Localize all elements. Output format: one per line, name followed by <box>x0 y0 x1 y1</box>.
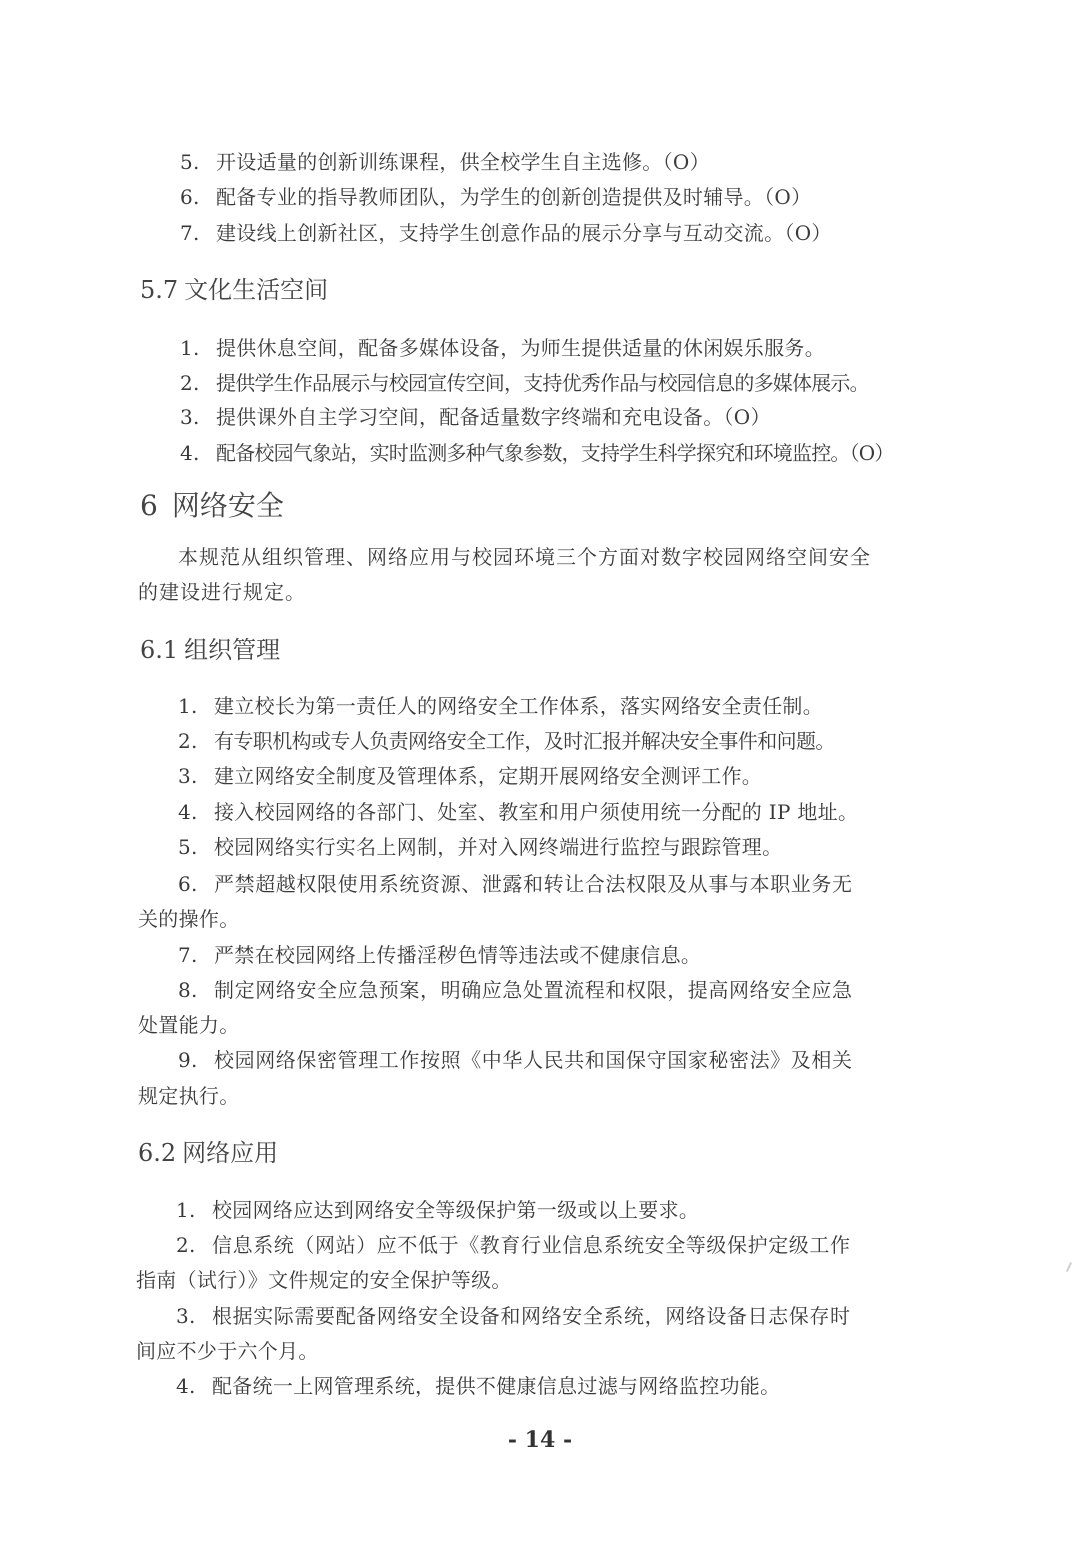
intro-text: 的建设进行规定。 <box>138 580 306 604</box>
item-number: 3. <box>178 764 214 788</box>
list-item-cont: 间应不少于六个月。 <box>136 1339 319 1363</box>
list-item: 5.校园网络实行实名上网制，并对入网终端进行监控与跟踪管理。 <box>178 835 782 859</box>
item-number: 8. <box>178 978 214 1002</box>
item-text: 接入校园网络的各部门、处室、教室和用户须使用统一分配的 IP 地址。 <box>214 800 858 824</box>
section-heading-6-2: 6.2网络应用 <box>138 1139 278 1167</box>
item-text: 提供休息空间，配备多媒体设备，为师生提供适量的休闲娱乐服务。 <box>216 336 825 360</box>
list-item: 2.提供学生作品展示与校园宣传空间，支持优秀作品与校园信息的多媒体展示。 <box>180 371 869 395</box>
item-number: 7. <box>178 943 214 967</box>
item-number: 7. <box>180 221 216 245</box>
list-item: 1.提供休息空间，配备多媒体设备，为师生提供适量的休闲娱乐服务。 <box>180 336 825 360</box>
item-number: 1. <box>176 1198 212 1222</box>
item-number: 2. <box>178 729 214 753</box>
scan-artifact <box>1066 1262 1072 1272</box>
item-text: 信息系统（网站）应不低于《教育行业信息系统安全等级保护定级工作 <box>212 1233 851 1257</box>
list-item: 1.建立校长为第一责任人的网络安全工作体系，落实网络安全责任制。 <box>178 694 823 718</box>
item-text: 建设线上创新社区，支持学生创意作品的展示分享与互动交流。（O） <box>216 221 832 245</box>
item-text-cont: 指南（试行）》文件规定的安全保护等级。 <box>136 1268 512 1292</box>
section-title: 网络安全 <box>172 489 284 522</box>
list-item: 2.信息系统（网站）应不低于《教育行业信息系统安全等级保护定级工作 <box>176 1233 851 1257</box>
list-item: 3.建立网络安全制度及管理体系，定期开展网络安全测评工作。 <box>178 764 762 788</box>
item-text: 建立网络安全制度及管理体系，定期开展网络安全测评工作。 <box>214 764 762 788</box>
list-item-cont: 规定执行。 <box>138 1084 240 1108</box>
list-item: 2.有专职机构或专人负责网络安全工作，及时汇报并解决安全事件和问题。 <box>178 729 835 753</box>
item-text: 配备专业的指导教师团队，为学生的创新创造提供及时辅导。（O） <box>216 185 811 209</box>
item-number: 2. <box>176 1233 212 1257</box>
document-page: 5.开设适量的创新训练课程，供全校学生自主选修。（O） 6.配备专业的指导教师团… <box>0 0 1080 1541</box>
item-number: 4. <box>178 800 214 824</box>
list-item: 7.严禁在校园网络上传播淫秽色情等违法或不健康信息。 <box>178 943 701 967</box>
item-text: 制定网络安全应急预案，明确应急处置流程和权限，提高网络安全应急 <box>214 978 853 1002</box>
item-text-cont: 关的操作。 <box>138 907 240 931</box>
item-text: 配备校园气象站，实时监测多种气象参数，支持学生科学探究和环境监控。（O） <box>216 441 894 465</box>
section-intro-cont: 的建设进行规定。 <box>138 580 306 604</box>
item-text: 严禁在校园网络上传播淫秽色情等违法或不健康信息。 <box>214 943 701 967</box>
item-text-cont: 间应不少于六个月。 <box>136 1339 319 1363</box>
section-heading-6: 6网络安全 <box>140 490 284 522</box>
list-item: 6.严禁超越权限使用系统资源、泄露和转让合法权限及从事与本职业务无 <box>178 872 853 896</box>
list-item: 3.提供课外自主学习空间，配备适量数字终端和充电设备。（O） <box>180 405 771 429</box>
item-number: 2. <box>180 371 216 395</box>
list-item: 1.校园网络应达到网络安全等级保护第一级或以上要求。 <box>176 1198 699 1222</box>
item-text: 校园网络应达到网络安全等级保护第一级或以上要求。 <box>212 1198 699 1222</box>
list-item: 3.根据实际需要配备网络安全设备和网络安全系统，网络设备日志保存时 <box>176 1304 851 1328</box>
section-intro: 本规范从组织管理、网络应用与校园环境三个方面对数字校园网络空间安全 <box>178 545 871 569</box>
item-number: 1. <box>178 694 214 718</box>
item-text: 提供学生作品展示与校园宣传空间，支持优秀作品与校园信息的多媒体展示。 <box>216 371 869 395</box>
section-title: 网络应用 <box>182 1139 278 1167</box>
item-number: 6. <box>180 185 216 209</box>
list-item: 4.配备统一上网管理系统，提供不健康信息过滤与网络监控功能。 <box>176 1374 780 1398</box>
list-item: 7.建设线上创新社区，支持学生创意作品的展示分享与互动交流。（O） <box>180 221 832 245</box>
item-text: 严禁超越权限使用系统资源、泄露和转让合法权限及从事与本职业务无 <box>214 872 853 896</box>
section-heading-6-1: 6.1组织管理 <box>140 636 280 664</box>
item-number: 5. <box>180 150 216 174</box>
item-text: 建立校长为第一责任人的网络安全工作体系，落实网络安全责任制。 <box>214 694 823 718</box>
item-text: 配备统一上网管理系统，提供不健康信息过滤与网络监控功能。 <box>212 1374 780 1398</box>
item-number: 9. <box>178 1048 214 1072</box>
section-number: 6.1 <box>140 636 178 664</box>
item-text: 校园网络保密管理工作按照《中华人民共和国保守国家秘密法》及相关 <box>214 1048 853 1072</box>
item-text: 校园网络实行实名上网制，并对入网终端进行监控与跟踪管理。 <box>214 835 782 859</box>
item-text: 提供课外自主学习空间，配备适量数字终端和充电设备。（O） <box>216 405 771 429</box>
item-number: 4. <box>180 441 216 465</box>
list-item-cont: 关的操作。 <box>138 907 240 931</box>
intro-text: 本规范从组织管理、网络应用与校园环境三个方面对数字校园网络空间安全 <box>178 545 871 569</box>
item-text-cont: 处置能力。 <box>138 1013 240 1037</box>
section-number: 6.2 <box>138 1139 176 1167</box>
section-title: 组织管理 <box>184 636 280 664</box>
item-text-cont: 规定执行。 <box>138 1084 240 1108</box>
list-item-cont: 指南（试行）》文件规定的安全保护等级。 <box>136 1268 512 1292</box>
list-item: 9.校园网络保密管理工作按照《中华人民共和国保守国家秘密法》及相关 <box>178 1048 853 1072</box>
item-number: 5. <box>178 835 214 859</box>
list-item: 4.配备校园气象站，实时监测多种气象参数，支持学生科学探究和环境监控。（O） <box>180 441 894 465</box>
list-item: 6.配备专业的指导教师团队，为学生的创新创造提供及时辅导。（O） <box>180 185 811 209</box>
item-text: 有专职机构或专人负责网络安全工作，及时汇报并解决安全事件和问题。 <box>214 729 835 753</box>
item-number: 3. <box>176 1304 212 1328</box>
section-heading-5-7: 5.7文化生活空间 <box>140 276 328 304</box>
item-number: 4. <box>176 1374 212 1398</box>
item-text: 开设适量的创新训练课程，供全校学生自主选修。（O） <box>216 150 710 174</box>
list-item: 8.制定网络安全应急预案，明确应急处置流程和权限，提高网络安全应急 <box>178 978 853 1002</box>
section-title: 文化生活空间 <box>184 276 328 304</box>
list-item: 4.接入校园网络的各部门、处室、教室和用户须使用统一分配的 IP 地址。 <box>178 800 858 824</box>
section-number: 5.7 <box>140 276 178 304</box>
list-item-cont: 处置能力。 <box>138 1013 240 1037</box>
item-number: 1. <box>180 336 216 360</box>
item-number: 6. <box>178 872 214 896</box>
list-item: 5.开设适量的创新训练课程，供全校学生自主选修。（O） <box>180 150 710 174</box>
item-text: 根据实际需要配备网络安全设备和网络安全系统，网络设备日志保存时 <box>212 1304 851 1328</box>
page-number: - 14 - <box>0 1427 1080 1453</box>
section-number: 6 <box>140 489 158 522</box>
item-number: 3. <box>180 405 216 429</box>
